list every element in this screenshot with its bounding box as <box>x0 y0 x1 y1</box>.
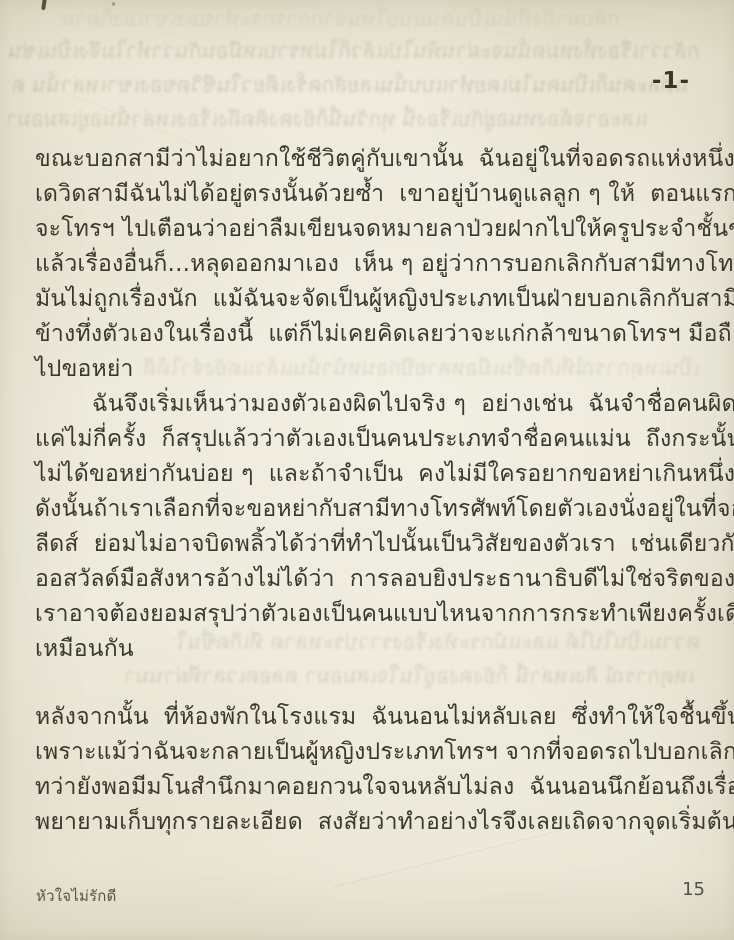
text-line: เราอาจต้องยอมสรุปว่าตัวเองเป็นคนแบบไหนจา… <box>35 597 701 632</box>
text-line: แค่ไม่กี่ครั้ง ก็สรุปแล้วว่าตัวเองเป็นคน… <box>35 422 701 457</box>
text-line: ดังนั้นถ้าเราเลือกที่จะขอหย่ากับสามีทางโ… <box>35 492 701 527</box>
paragraph: ขณะบอกสามีว่าไม่อยากใช้ชีวิตคู่กับเขานั้… <box>35 142 701 387</box>
text-line: จะโทรฯ ไปเตือนว่าอย่าลืมเขียนจดหมายลาป่ว… <box>35 212 701 247</box>
scan-speck <box>41 0 47 10</box>
bleedthrough-text-line: กลับมาถึงที่นั่นเป็นคนแบบไหนจากการกระทำข… <box>60 6 620 32</box>
bleedthrough-text-line: กลัวว่าเรื่องทั้งหมดนั้นจะผ่านพ้นไปแล้วก… <box>8 38 700 64</box>
page-text-block: ขณะบอกสามีว่าไม่อยากใช้ชีวิตคู่กับเขานั้… <box>35 142 701 840</box>
paragraph: หลังจากนั้น ที่ห้องพักในโรงแรม ฉันนอนไม่… <box>35 700 701 840</box>
text-line: ฉันจึงเริ่มเห็นว่ามองตัวเองผิดไปจริง ๆ อ… <box>35 387 701 422</box>
text-line: ไปขอหย่า <box>35 352 701 387</box>
chapter-number: -1- <box>652 68 690 94</box>
text-line: ออสวัลด์มือสังหารอ้างไม่ได้ว่า การลอบยิง… <box>35 562 701 597</box>
text-line: หลังจากนั้น ที่ห้องพักในโรงแรม ฉันนอนไม่… <box>35 700 701 735</box>
text-line: เพราะแม้ว่าฉันจะกลายเป็นผู้หญิงประเภทโทร… <box>35 735 701 770</box>
paragraph: ฉันจึงเริ่มเห็นว่ามองตัวเองผิดไปจริง ๆ อ… <box>35 387 701 667</box>
text-line: ขณะบอกสามีว่าไม่อยากใช้ชีวิตคู่กับเขานั้… <box>35 142 701 177</box>
text-line: เหมือนกัน <box>35 632 701 667</box>
bleedthrough-text-line: แต่ละคนก็เป็นคนไม่เคยทำแบบนั้นเลยสักครั้… <box>8 72 688 98</box>
text-line: แล้วเรื่องอื่นก็...หลุดออกมาเอง เห็น ๆ อ… <box>35 247 701 282</box>
paper-crease <box>65 92 204 149</box>
scan-speck <box>112 2 115 6</box>
text-line: มันไม่ถูกเรื่องนัก แม้ฉันจะจัดเป็นผู้หญิ… <box>35 282 701 317</box>
text-line: พยายามเก็บทุกรายละเอียด สงสัยว่าทำอย่างไ… <box>35 805 701 840</box>
text-line: ทว่ายังพอมีมโนสำนึกมาคอยกวนใจจนหลับไม่ลง… <box>35 770 701 805</box>
footer-page-number: 15 <box>682 879 705 900</box>
text-line: ลีดส์ ย่อมไม่อาจบิดพลิ้วได้ว่าที่ทำไปนั้… <box>35 527 701 562</box>
text-line: ข้างทึ่งตัวเองในเรื่องนี้ แต่ก็ไม่เคยคิด… <box>35 317 701 352</box>
text-line: เดวิดสามีฉันไม่ได้อยู่ตรงนั้นด้วยซ้ำ เขา… <box>35 177 701 212</box>
footer-book-title: หัวใจไม่รักดี <box>36 884 117 908</box>
bleedthrough-text-line: และอาจต้องทนอยู่กับเรื่องนี้ ทุกวันนี้ก็… <box>8 106 648 132</box>
text-line: ไม่ได้ขอหย่ากันบ่อย ๆ และถ้าจำเป็น คงไม่… <box>35 457 701 492</box>
